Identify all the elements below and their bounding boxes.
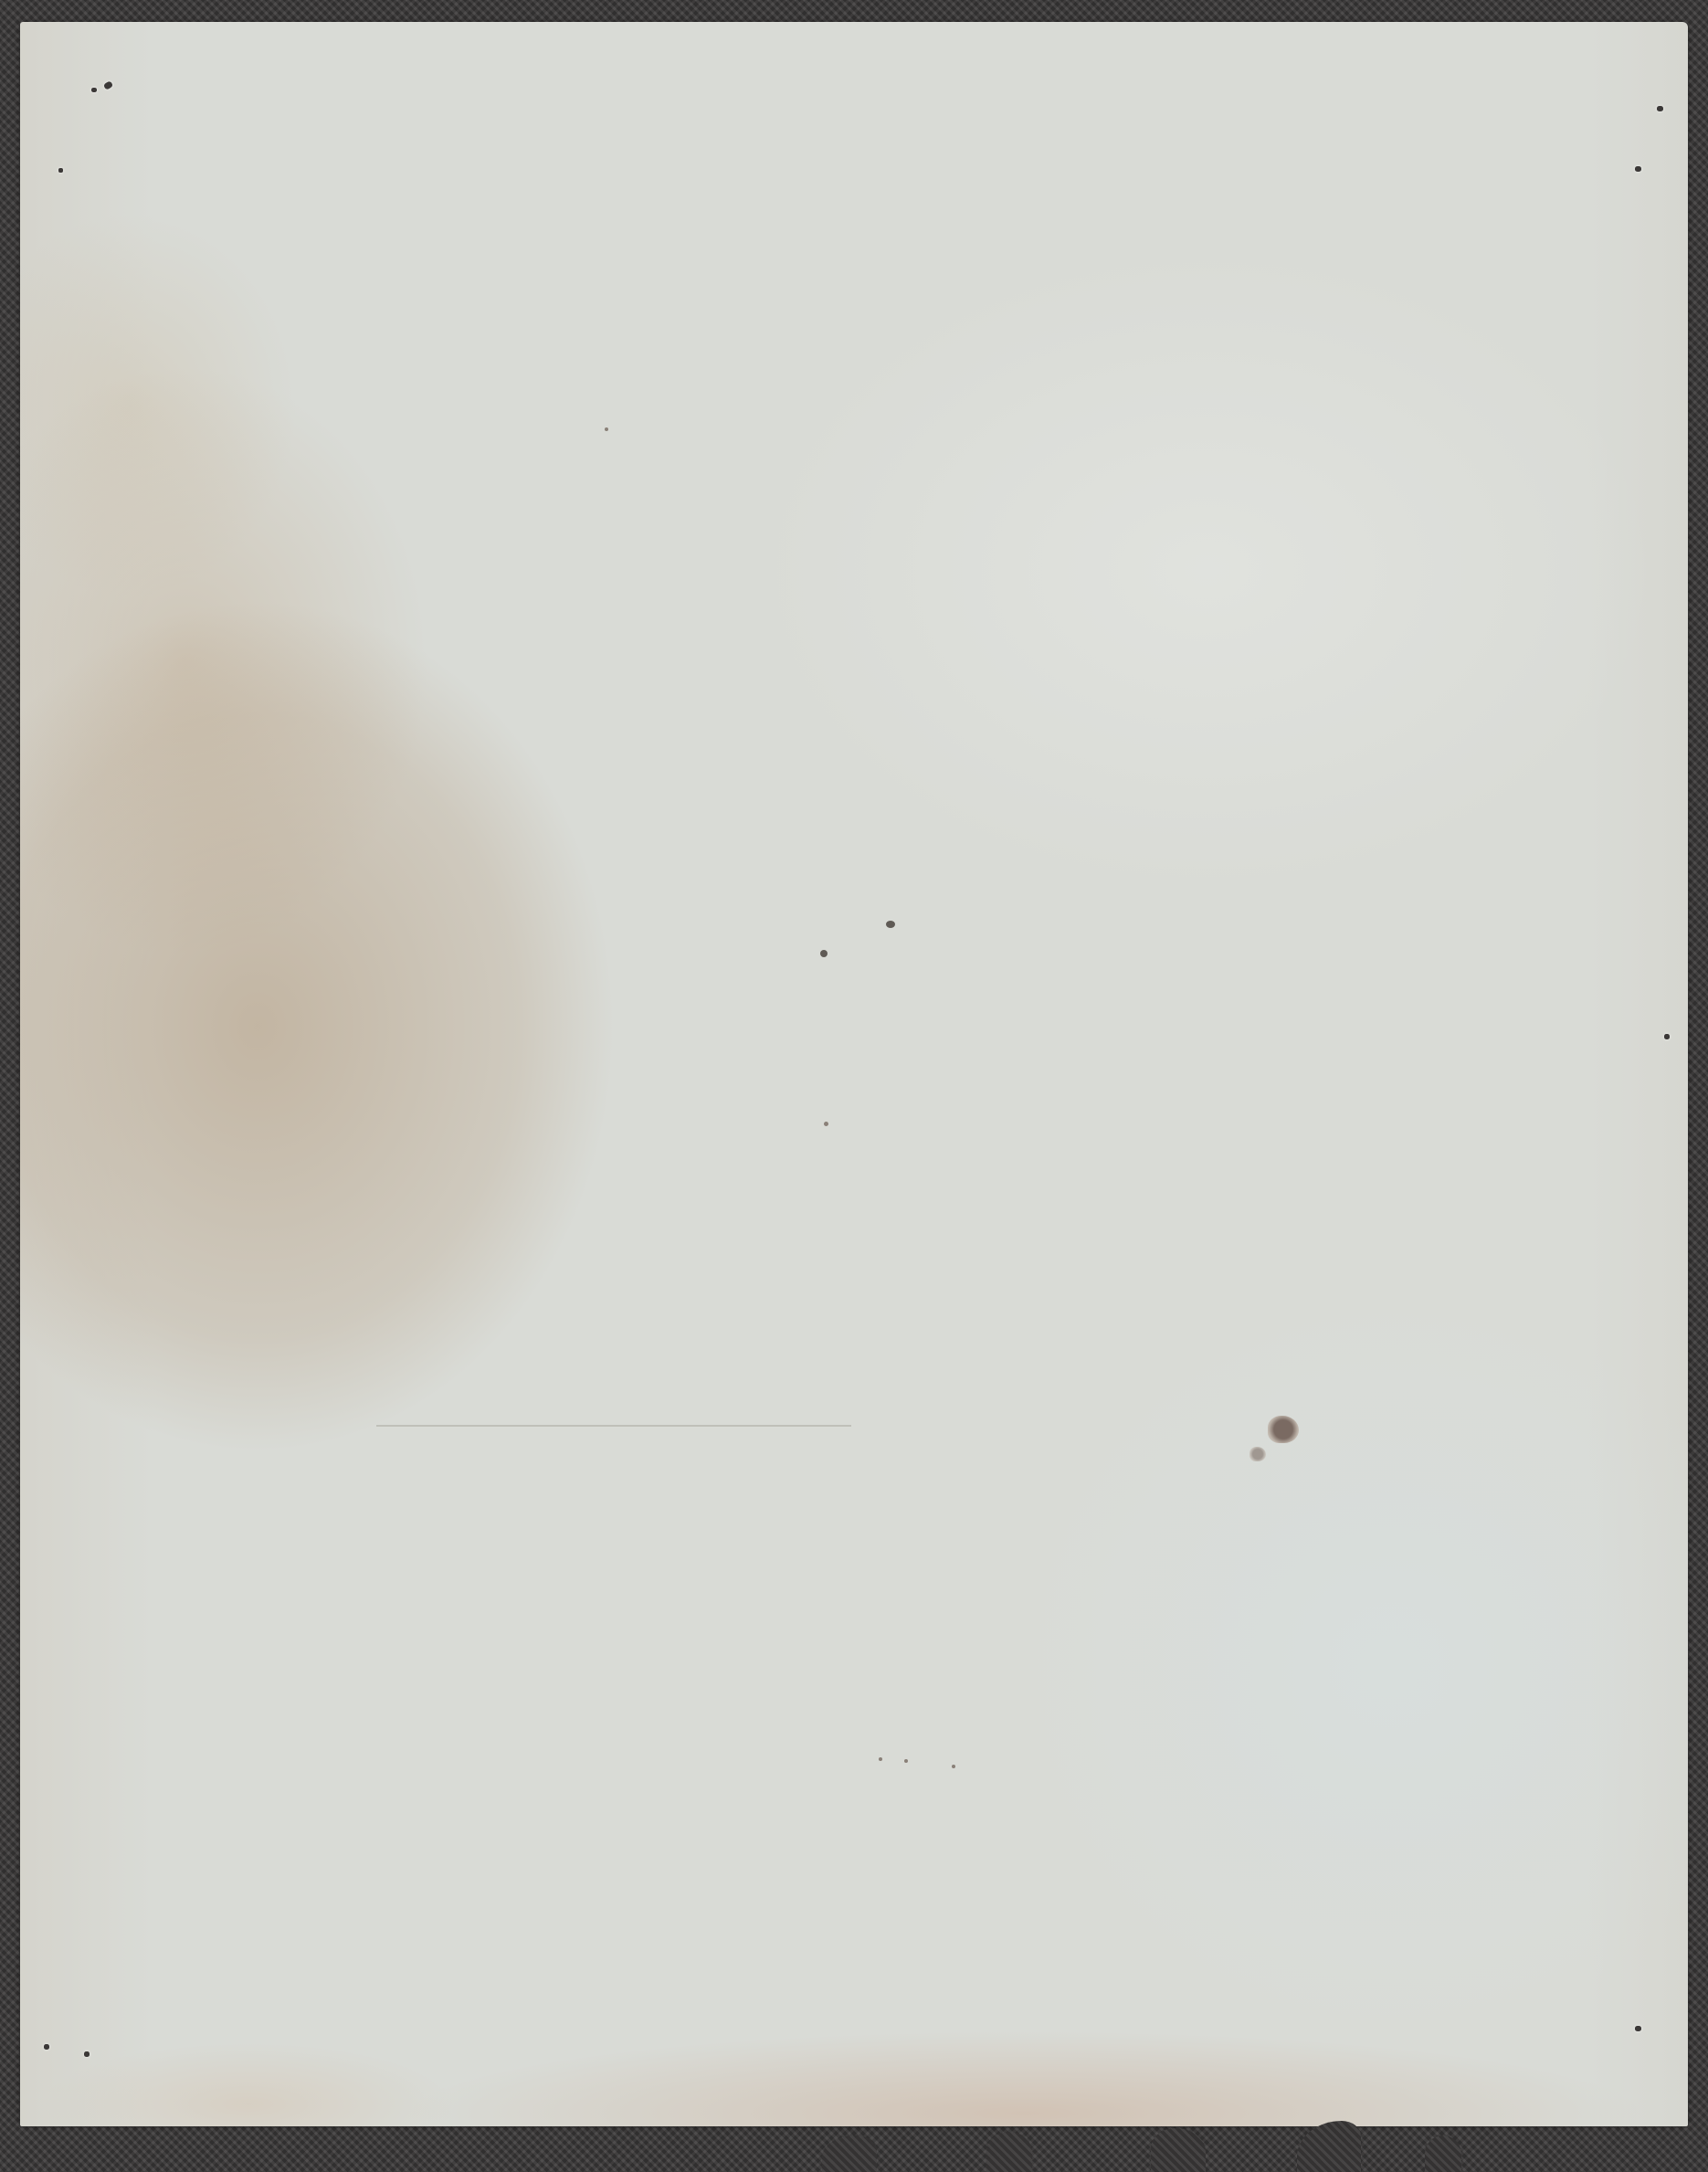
torn-edge (986, 2132, 1032, 2172)
paper-speck (904, 1759, 908, 1763)
pin-hole (91, 88, 97, 92)
pin-hole (58, 168, 63, 173)
pin-hole (1635, 2026, 1641, 2031)
pin-hole (1635, 166, 1641, 172)
pin-hole (1657, 106, 1663, 111)
pin-hole (1664, 1034, 1670, 1039)
paper-speck (605, 427, 608, 431)
paper-speck (820, 950, 828, 957)
pin-hole (84, 2051, 90, 2057)
brown-stain-spot (1249, 1447, 1266, 1461)
pin-hole (44, 2044, 49, 2050)
pin-hole (103, 80, 113, 90)
torn-edge (1151, 2128, 1206, 2172)
brown-stain-spot (1268, 1416, 1299, 1443)
paper-speck (824, 1122, 828, 1126)
paper-speck (886, 921, 895, 928)
paper-speck (879, 1757, 882, 1761)
paper-crease (376, 1425, 851, 1427)
paper-sheet (20, 22, 1688, 2126)
paper-speck (952, 1765, 955, 1768)
torn-edge (1425, 2135, 1461, 2172)
